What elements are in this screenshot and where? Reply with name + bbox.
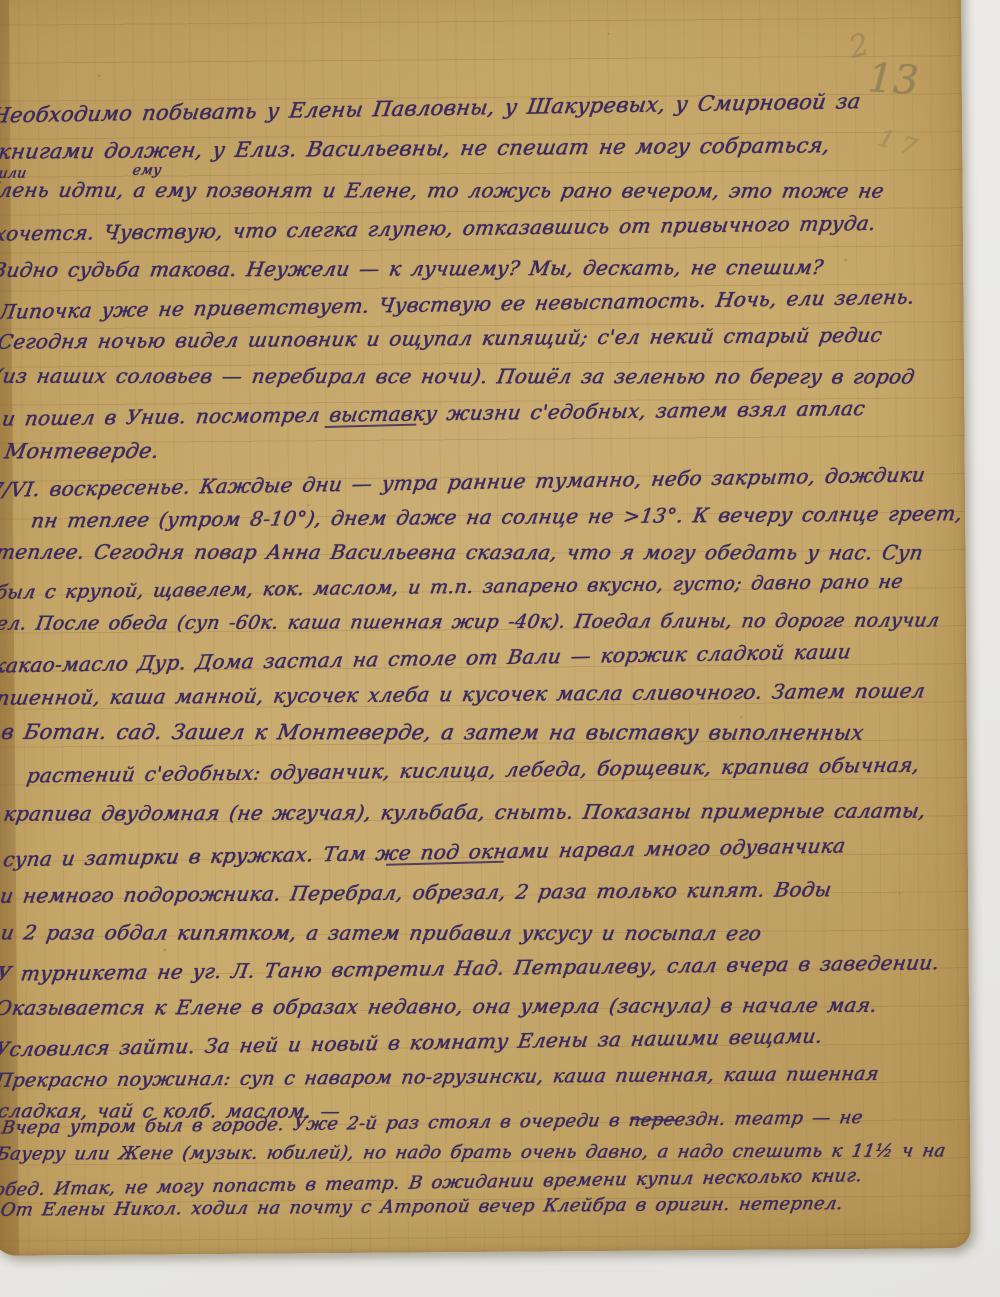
handwriting-line-10: Монтеверде. bbox=[3, 439, 161, 464]
page-number-pencil: 13 bbox=[866, 55, 920, 104]
handwriting-line-21: супа и затирки в кружках. Там же под окн… bbox=[2, 833, 847, 871]
handwriting-line-5: Видно судьба такова. Неужели — к лучшему… bbox=[0, 255, 825, 282]
inserted-word: ему bbox=[131, 162, 162, 178]
handwriting-line-26: Условился зайти. За ней и новый в комнат… bbox=[0, 1024, 824, 1062]
handwriting-line-11: 7/VI. воскресенье. Каждые дни — утра ран… bbox=[0, 462, 927, 502]
handwriting-line-1: Необходимо побывать у Елены Павловны, у … bbox=[0, 89, 862, 127]
handwriting-line-19: растений с'едобных: одуванчик, кислица, … bbox=[25, 753, 921, 788]
handwriting-line-30: Бауеру или Жене (музык. юбилей), но надо… bbox=[0, 1140, 947, 1164]
handwriting-line-23: и 2 раза обдал кипятком, а затем прибави… bbox=[0, 920, 763, 945]
handwriting-line-7: Сегодня ночью видел шиповник и ощупал ки… bbox=[0, 323, 884, 354]
handwriting-line-17: пшенной, каша манной, кусочек хлеба и ку… bbox=[0, 678, 927, 709]
handwriting-line-4: хочется. Чувствую, что слегка глупею, от… bbox=[0, 211, 877, 246]
handwriting-line-16: какао-масло Дур. Дома застал на столе от… bbox=[0, 639, 853, 677]
handwriting-line-6: Липочка уже не приветствует. Чувствую ее… bbox=[0, 285, 916, 324]
handwriting-line-13: теплее. Сегодня повар Анна Васильевна ск… bbox=[0, 540, 925, 565]
handwriting-line-18: в Ботан. сад. Зашел к Монтеверде, а зате… bbox=[0, 720, 865, 745]
handwriting-line-24: У турникета не уг. Л. Таню встретил Над.… bbox=[0, 950, 941, 986]
handwriting-line-20: крапива двудомная (не жгучая), кульбаба,… bbox=[2, 798, 927, 825]
handwriting-line-27: Прекрасно поужинал: суп с наваром по-гру… bbox=[0, 1063, 880, 1092]
handwriting-line-12: пн теплее (утром 8-10°), днем даже на со… bbox=[29, 501, 964, 532]
handwriting-line-15: ел. После обеда (суп -60к. каша пшенная … bbox=[0, 609, 941, 634]
handwriting-line-3: (лень идти, а ему позвонят и Елене, то л… bbox=[0, 178, 886, 203]
handwriting-line-8: (из наших соловьев — перебирал все ночи)… bbox=[0, 364, 916, 389]
pencil-scribble-lower: 1 7 bbox=[875, 124, 920, 162]
handwriting-line-25: Оказывается к Елене в образах недавно, о… bbox=[0, 993, 879, 1020]
inserted-word: или bbox=[0, 166, 28, 182]
handwriting-line-14: был с крупой, щавелем, кок. маслом, и т.… bbox=[0, 571, 904, 604]
handwriting-line-2: книгами должен, у Елиз. Васильевны, не с… bbox=[0, 133, 832, 164]
handwriting-line-22: и немного подорожника. Перебрал, обрезал… bbox=[0, 877, 833, 908]
diary-page: 2131 7 Необходимо побывать у Елены Павло… bbox=[0, 0, 971, 1256]
handwriting-line-9: и пошел в Унив. посмотрел выставку жизни… bbox=[0, 396, 866, 431]
